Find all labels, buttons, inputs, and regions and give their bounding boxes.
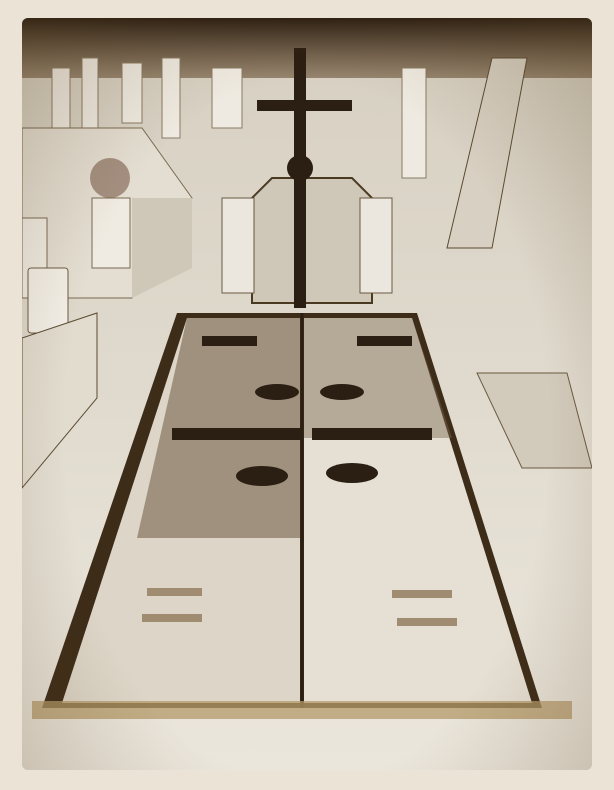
- photo-frame: [0, 0, 614, 790]
- cemetery-photograph: [22, 18, 592, 770]
- cemetery-scene: [22, 18, 592, 770]
- dirt-edge: [32, 701, 572, 719]
